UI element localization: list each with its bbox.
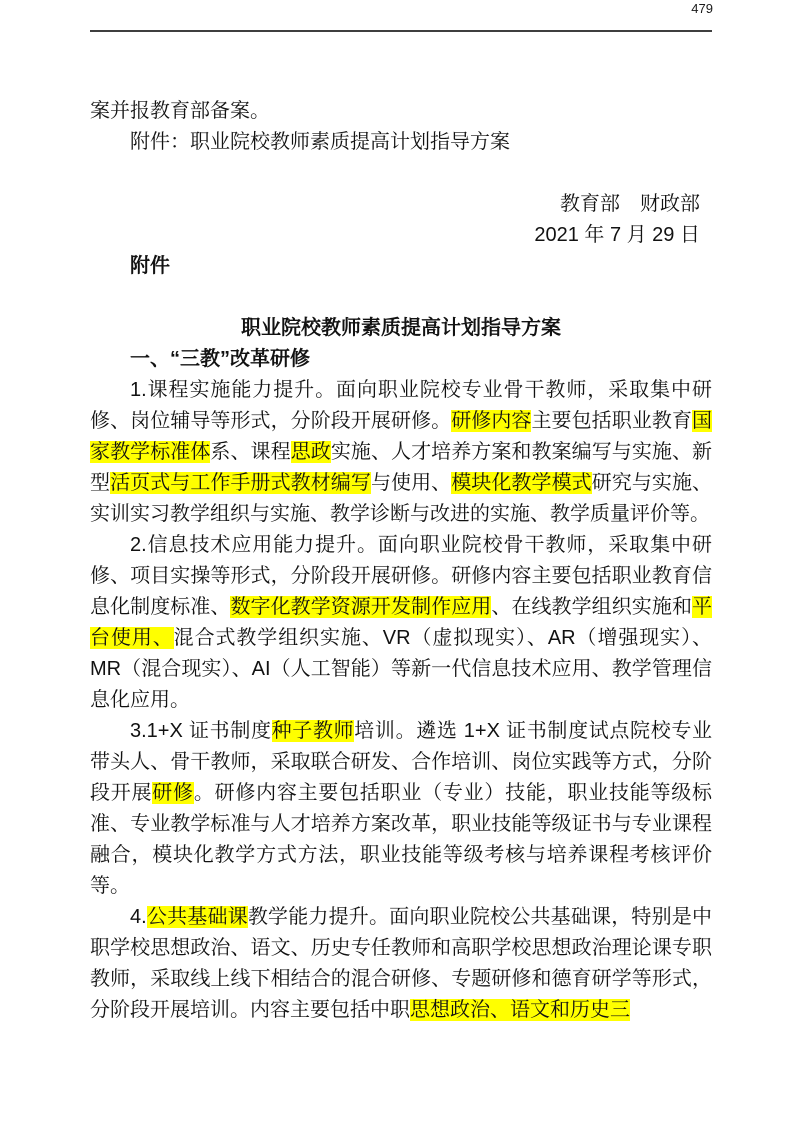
text-run: 附件：职业院校教师素质提高计划指导方案 xyxy=(130,131,510,153)
text-run: 职业院校教师素质提高计划指导方案 xyxy=(241,317,561,339)
text-run: 主要包括职业教育 xyxy=(531,410,692,432)
text-run: 案并报教育部备案。 xyxy=(90,100,270,122)
highlighted-text: 思政 xyxy=(291,441,331,463)
paragraph-body: 案并报教育部备案。 xyxy=(90,96,712,127)
paragraph-body: 2.信息技术应用能力提升。面向职业院校骨干教师，采取集中研修、项目实操等形式，分… xyxy=(90,530,712,716)
paragraph-body: 1.课程实施能力提升。面向职业院校专业骨干教师，采取集中研修、岗位辅导等形式，分… xyxy=(90,375,712,530)
highlighted-text: 数字化教学资源开发制作应用 xyxy=(230,596,491,618)
text-run: 2021 年 7 月 29 日 xyxy=(534,224,700,246)
header-rule xyxy=(90,30,712,32)
highlighted-text: 活页式与工作手册式教材编写 xyxy=(110,472,371,494)
text-run: 与使用、 xyxy=(371,472,451,494)
paragraph-heading: 一、“三教”改革研修 xyxy=(90,344,712,375)
paragraph-right: 2021 年 7 月 29 日 xyxy=(90,220,712,251)
highlighted-text: 研修 xyxy=(152,782,194,804)
text-run: 、在线教学组织实施和 xyxy=(491,596,692,618)
paragraph-title: 职业院校教师素质提高计划指导方案 xyxy=(90,313,712,344)
text-run: 一、“三教”改革研修 xyxy=(130,348,310,370)
highlighted-text: 研修内容 xyxy=(451,410,531,432)
highlighted-text: 模块化教学模式 xyxy=(451,472,591,494)
paragraph-body: 3.1+X 证书制度种子教师培训。遴选 1+X 证书制度试点院校专业带头人、骨干… xyxy=(90,716,712,902)
page-number: 479 xyxy=(691,1,713,17)
paragraph-heading: 附件 xyxy=(90,251,712,282)
blank-line xyxy=(90,158,712,189)
text-run: 3.1+X 证书制度 xyxy=(130,720,272,742)
document-page: 479 案并报教育部备案。附件：职业院校教师素质提高计划指导方案教育部 财政部2… xyxy=(0,0,793,1122)
text-run: 混合式教学组织实施、VR（虚拟现实）、AR（增强现实）、MR（混合现实）、AI（… xyxy=(90,627,712,711)
blank-line xyxy=(90,282,712,313)
text-run: 系、课程 xyxy=(210,441,290,463)
highlighted-text: 思想政治、语文和历史三 xyxy=(410,999,630,1021)
text-run: 附件 xyxy=(130,255,170,277)
highlighted-text: 公共基础课 xyxy=(147,906,248,928)
document-content: 案并报教育部备案。附件：职业院校教师素质提高计划指导方案教育部 财政部2021 … xyxy=(90,96,712,1026)
text-run: 4. xyxy=(130,906,147,928)
paragraph-right: 教育部 财政部 xyxy=(90,189,712,220)
text-run: 教育部 财政部 xyxy=(560,193,700,215)
highlighted-text: 种子教师 xyxy=(272,720,355,742)
paragraph-body: 附件：职业院校教师素质提高计划指导方案 xyxy=(90,127,712,158)
paragraph-body: 4.公共基础课教学能力提升。面向职业院校公共基础课，特别是中职学校思想政治、语文… xyxy=(90,902,712,1026)
